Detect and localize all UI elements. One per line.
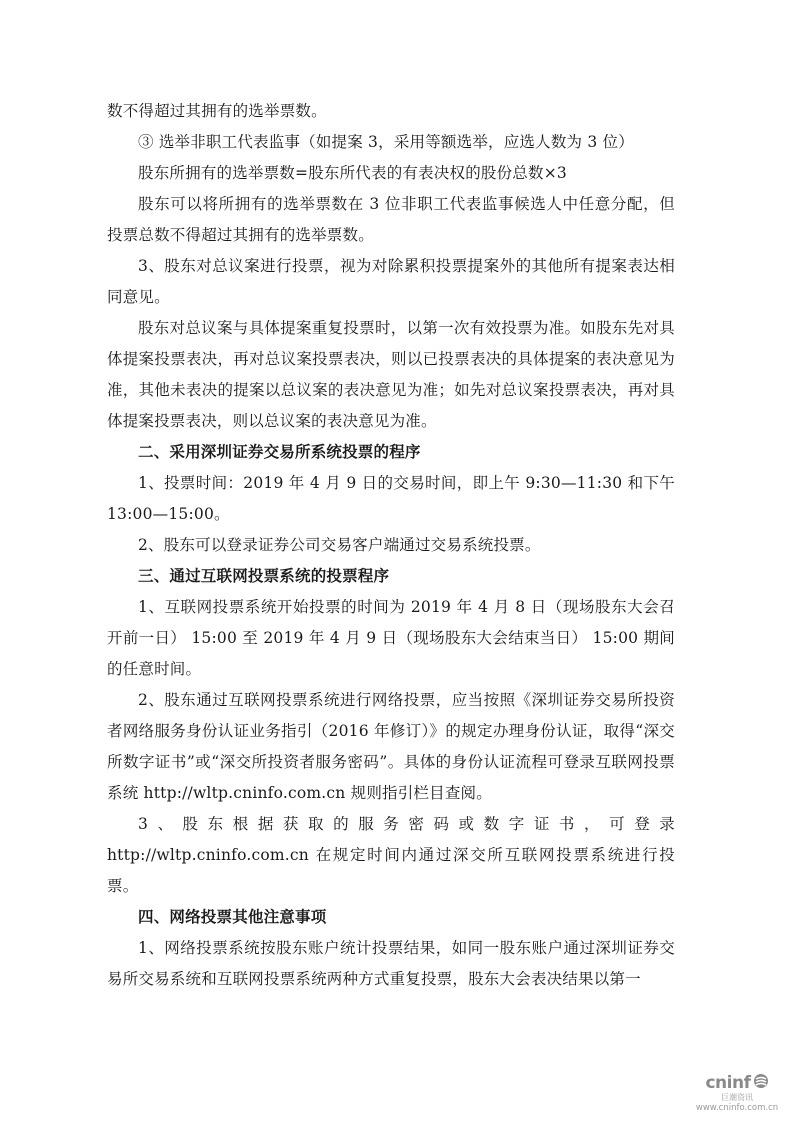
watermark-subtitle: 巨潮资讯 [687, 1093, 787, 1103]
watermark-brand: cninf [687, 1073, 787, 1093]
paragraph-vote-formula: 股东所拥有的选举票数=股东所代表的有表决权的股份总数×3 [107, 158, 675, 189]
paragraph-login-line2: http://wltp.cninfo.com.cn 在规定时间内通过深交所互联网… [107, 840, 675, 902]
paragraph-client-voting: 2、股东可以登录证券公司交易客户端通过交易系统投票。 [107, 530, 675, 561]
section-heading-internet-voting: 三、通过互联网投票系统的投票程序 [107, 561, 675, 592]
paragraph-total-proposal: 3、股东对总议案进行投票，视为对除累积投票提案外的其他所有提案表达相同意见。 [107, 251, 675, 313]
section-heading-szse-system: 二、采用深圳证券交易所系统投票的程序 [107, 437, 675, 468]
paragraph-supervisor-election: ③ 选举非职工代表监事（如提案 3，采用等额选举，应选人数为 3 位） [107, 127, 675, 158]
paragraph-login-line1: 3、股东根据获取的服务密码或数字证书，可登录 [107, 809, 675, 840]
watermark-url: www.cninfo.com.cn [687, 1103, 787, 1114]
paragraph-voting-time: 1、投票时间：2019 年 4 月 9 日的交易时间，即上午 9:30—11:3… [107, 468, 675, 530]
paragraph-internet-time: 1、互联网投票系统开始投票的时间为 2019 年 4 月 8 日（现场股东大会召… [107, 592, 675, 685]
paragraph-account-stats: 1、网络投票系统按股东账户统计投票结果，如同一股东账户通过深圳证券交易所交易系统… [107, 933, 675, 995]
paragraph-continuation: 数不得超过其拥有的选举票数。 [107, 96, 675, 127]
paragraph-repeat-vote: 股东对总议案与具体提案重复投票时，以第一次有效投票为准。如股东先对具体提案投票表… [107, 313, 675, 437]
cninfo-watermark: cninf 巨潮资讯 www.cninfo.com.cn [687, 1073, 787, 1114]
watermark-brand-text: cninf [705, 1074, 750, 1092]
paragraph-identity-auth: 2、股东通过互联网投票系统进行网络投票，应当按照《深圳证券交易所投资者网络服务身… [107, 685, 675, 809]
document-page: 数不得超过其拥有的选举票数。 ③ 选举非职工代表监事（如提案 3，采用等额选举，… [107, 96, 675, 995]
paragraph-vote-allocation: 股东可以将所拥有的选举票数在 3 位非职工代表监事候选人中任意分配，但投票总数不… [107, 189, 675, 251]
section-heading-other-notes: 四、网络投票其他注意事项 [107, 902, 675, 933]
cninfo-logo-icon [753, 1073, 769, 1093]
